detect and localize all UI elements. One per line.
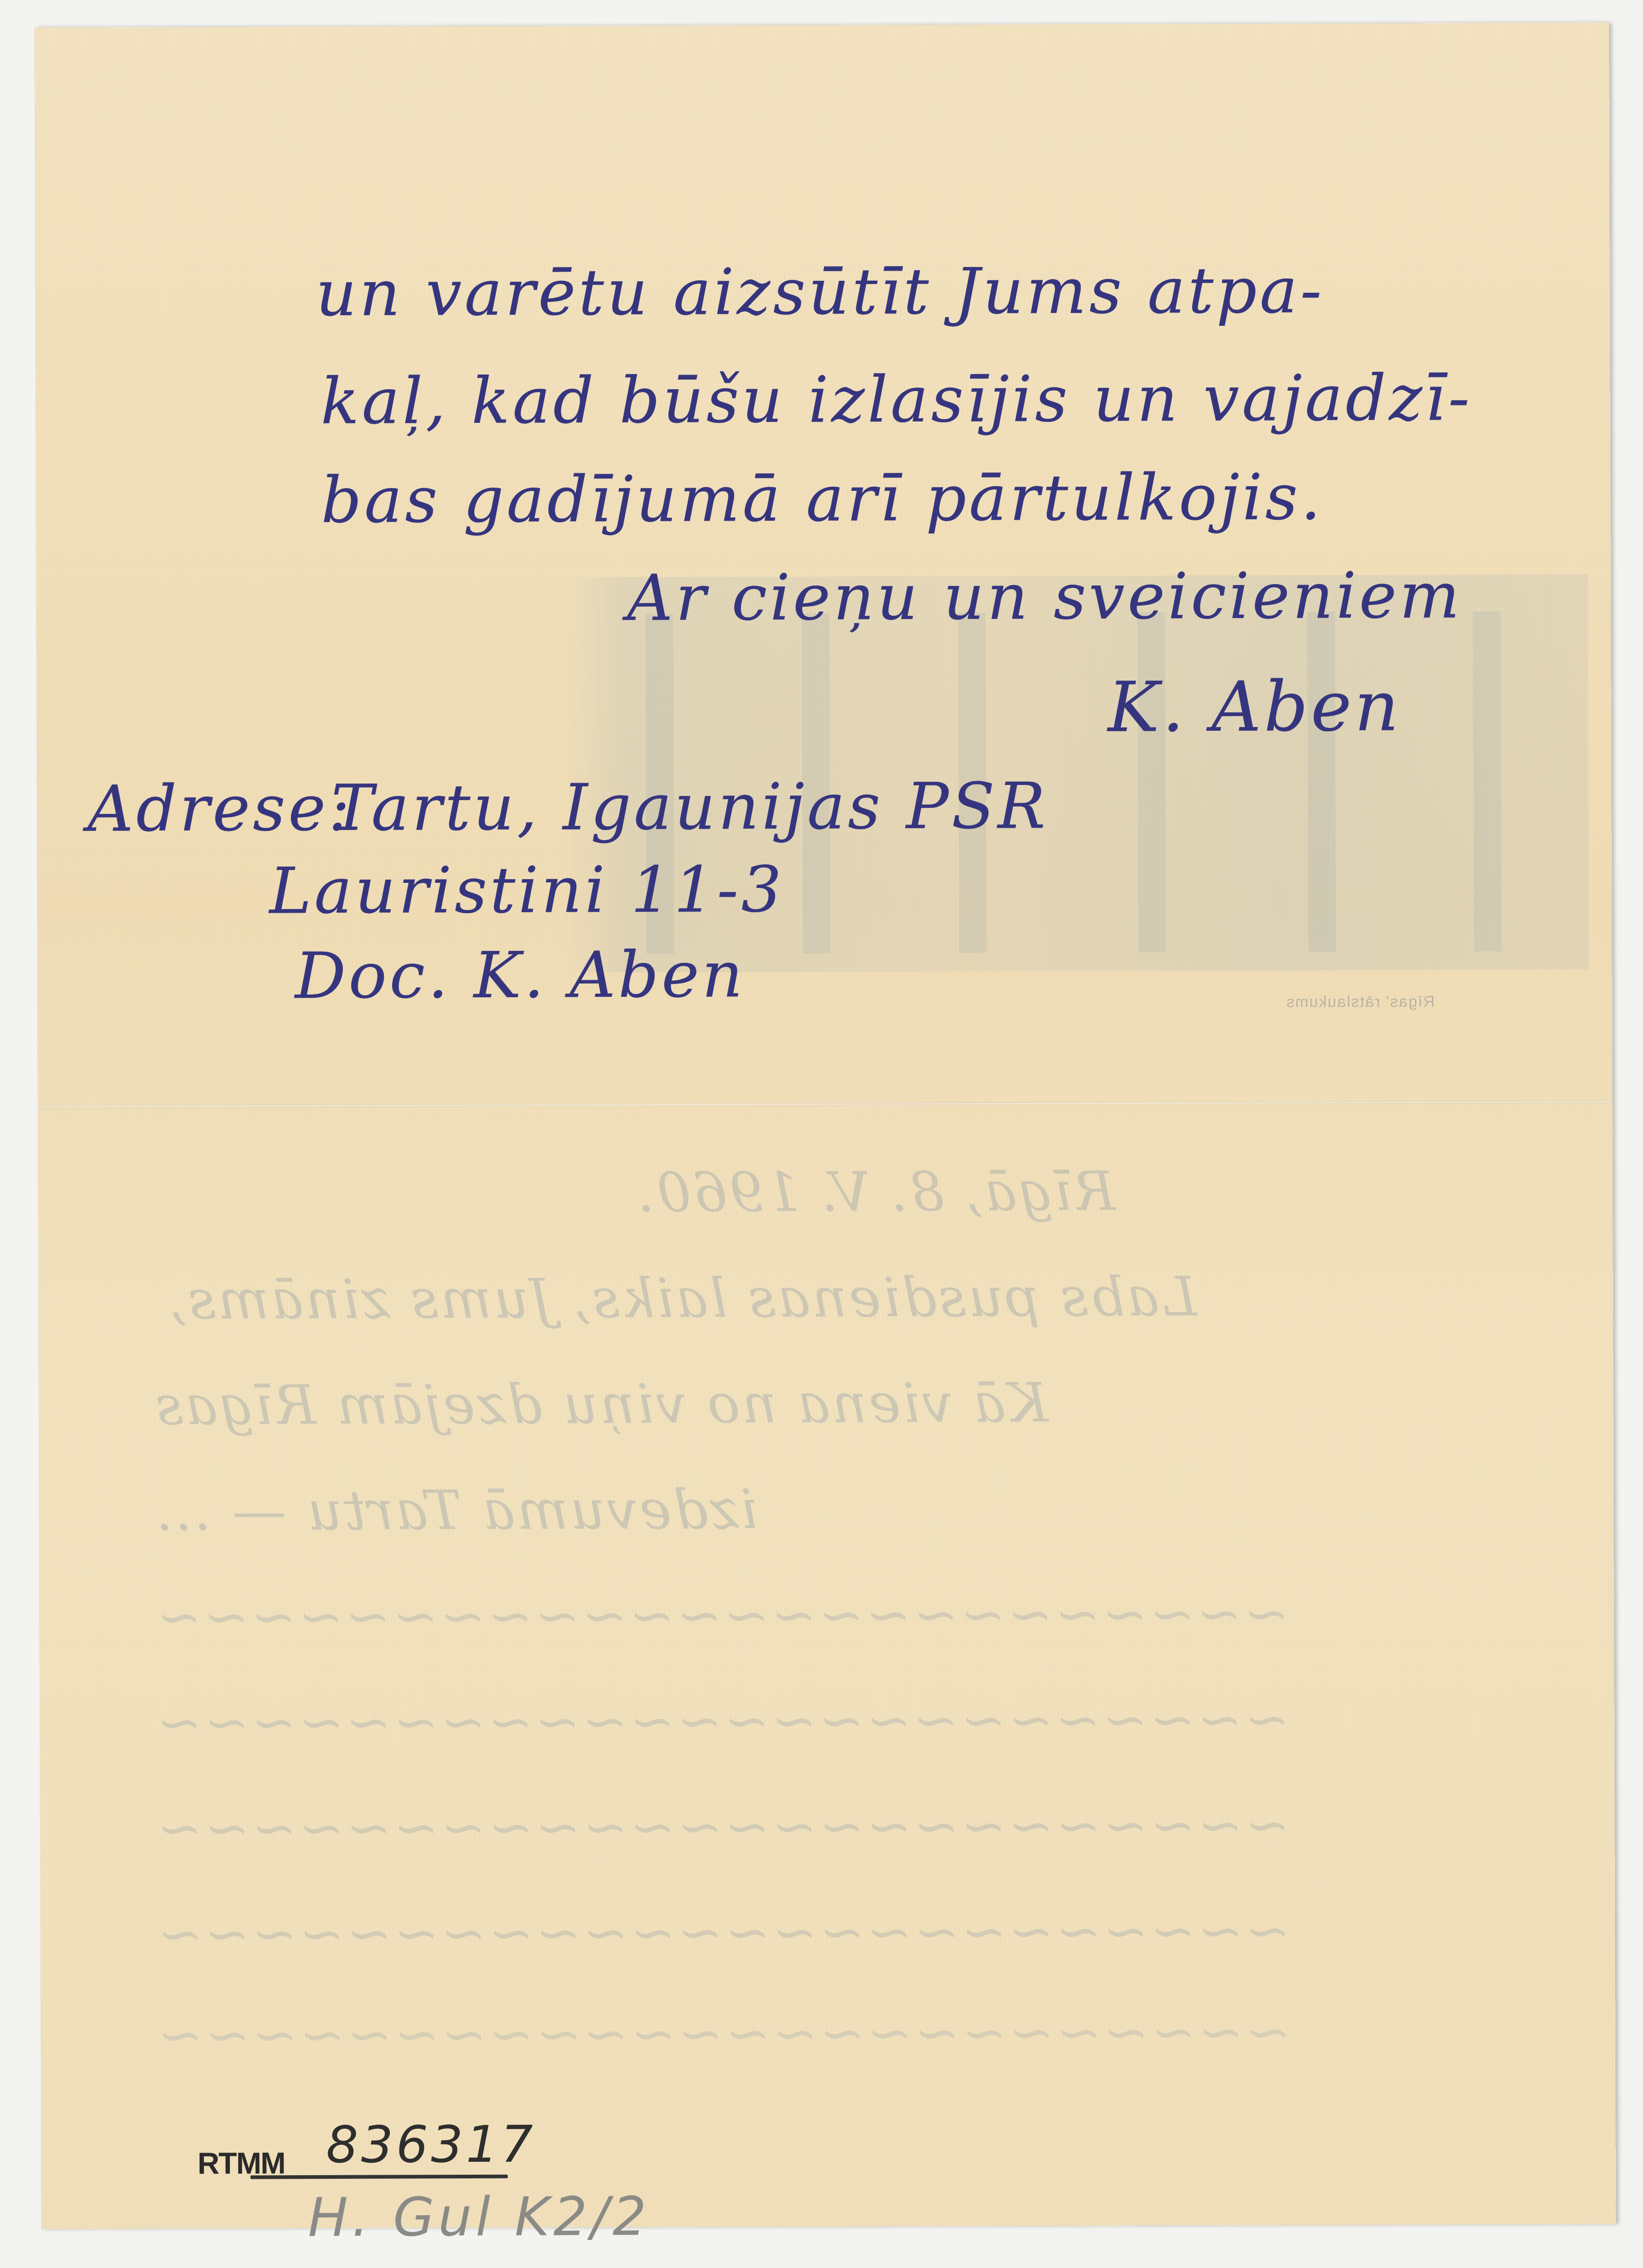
address-line-2: Lauristini 11-3 [269, 853, 785, 928]
reverse-bleed-line-3: Kā viena no viņu dzejām Rīgas [154, 1371, 1048, 1437]
address-line-3: Doc. K. Aben [295, 938, 746, 1013]
address-label: Adrese: [87, 771, 353, 846]
show-through-caption: Rīgas' rātslaukums [1286, 993, 1435, 1011]
letter-page: Rīgas' rātslaukums un varētu aizsūtīt Ju… [34, 23, 1616, 2229]
reverse-bleed-line-4: izdevumā Tartu — ... [154, 1478, 758, 1543]
fold-crease [38, 1100, 1612, 1108]
letter-line-2: kaļ, kad būšu izlasījis un vajadzī- [320, 361, 1472, 438]
reverse-bleed-line-7: ~~~~~~~~~~~~~~~~~~~~~~~~ [155, 1793, 1290, 1860]
archive-inventory-number: 836317 [326, 2115, 536, 2174]
letter-line-3: bas gadījumā arī pārtulkojis. [321, 460, 1324, 537]
signature: K. Aben [1107, 667, 1402, 748]
reverse-bleed-line-6: ~~~~~~~~~~~~~~~~~~~~~~~~ [154, 1687, 1289, 1754]
letter-closing: Ar cieņu un sveicieniem [627, 558, 1463, 635]
archive-stamp-underline [251, 2175, 508, 2179]
letter-line-1: un varētu aizsūtīt Jums atpa- [316, 253, 1325, 330]
reverse-bleed-line-8: ~~~~~~~~~~~~~~~~~~~~~~~~ [155, 1899, 1290, 1966]
reverse-bleed-line-5: ~~~~~~~~~~~~~~~~~~~~~~~~ [154, 1581, 1289, 1648]
address-line-1: Tartu, Igaunijas PSR [331, 769, 1048, 845]
archive-pencil-note: H. Gul K2/2 [308, 2186, 650, 2249]
reverse-bleed-line-2: Labs pusdienas laiks, Jums zināms, [167, 1265, 1197, 1331]
reverse-bleed-line-9: ~~~~~~~~~~~~~~~~~~~~~~~~ [156, 2000, 1291, 2067]
reverse-bleed-line-1: Rīgā, 8. V. 1960. [636, 1160, 1115, 1224]
